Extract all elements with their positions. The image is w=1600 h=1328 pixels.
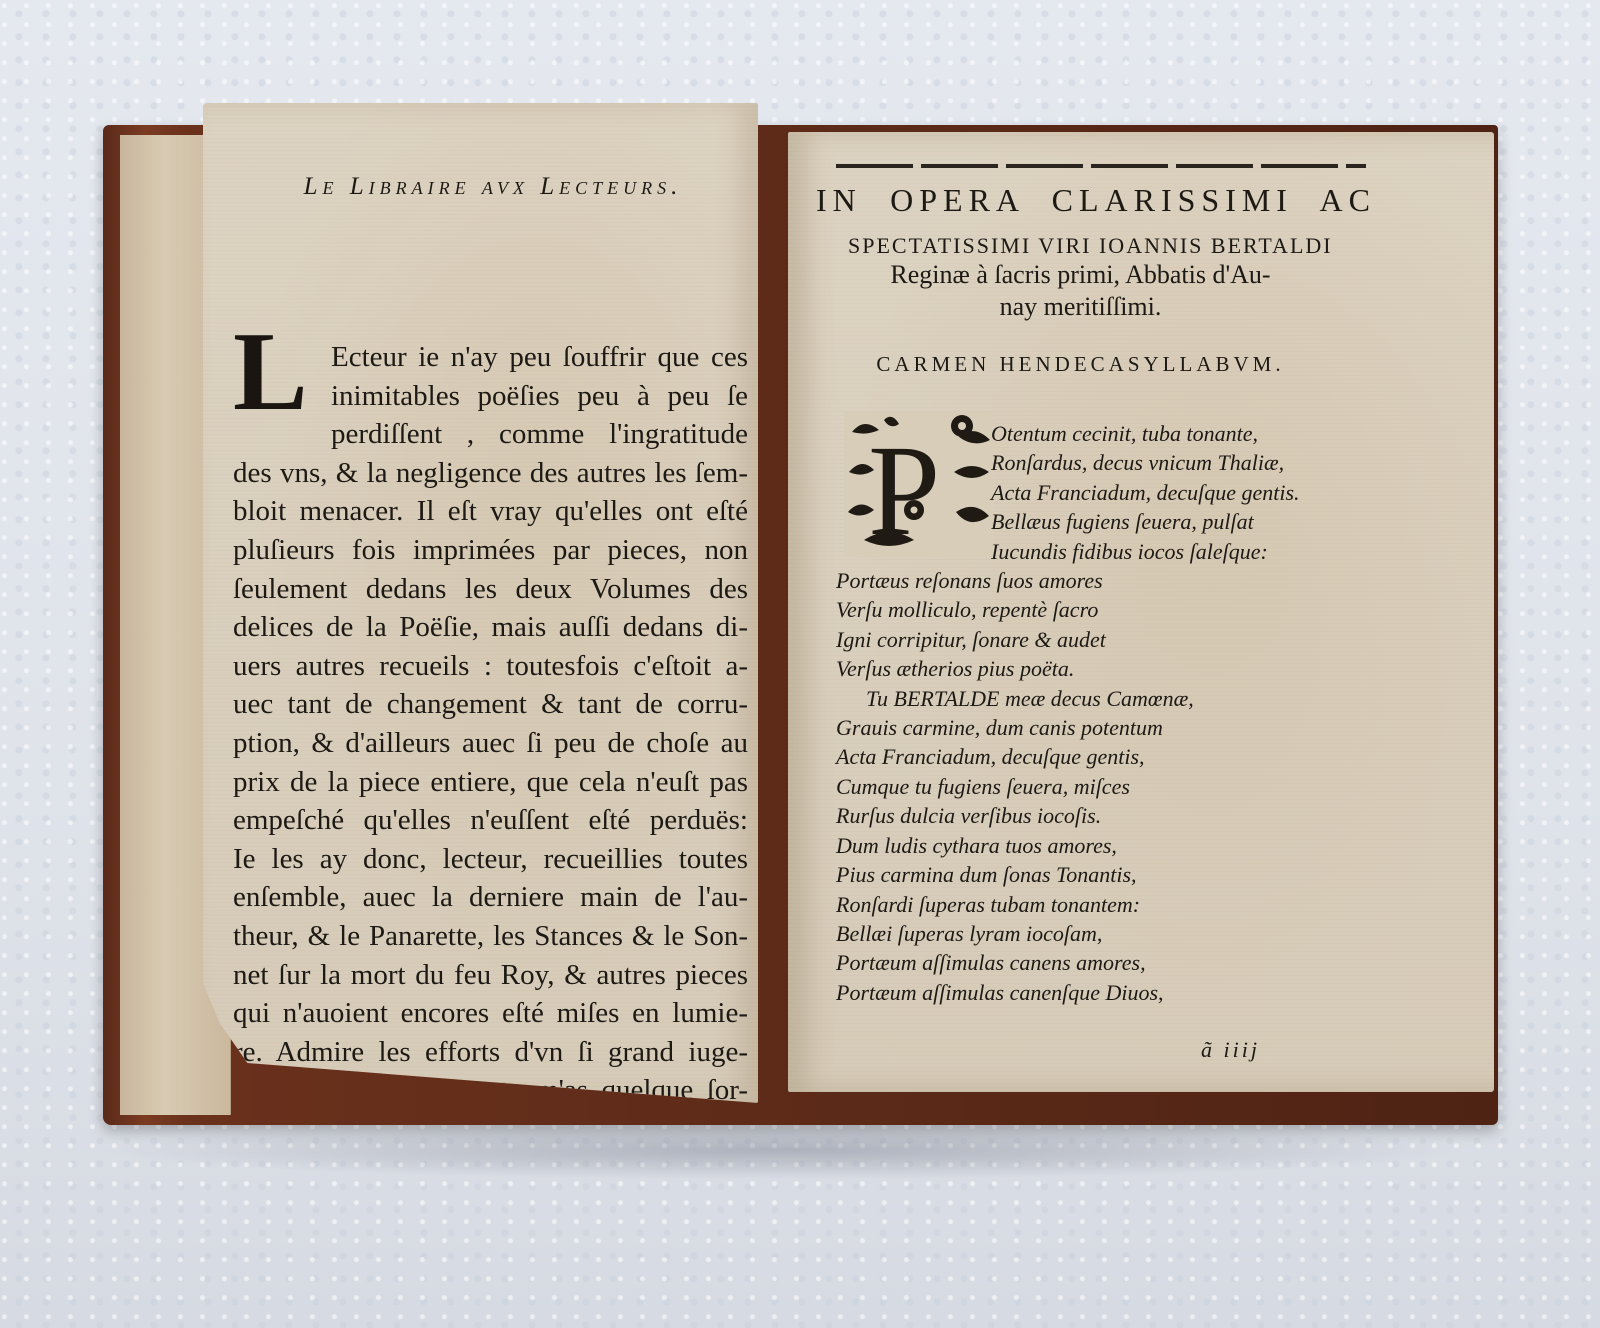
verse-line: Acta Franciadum, decuſque gentis, — [836, 742, 1356, 771]
verse-line: Cumque tu fugiens ſeuera, miſces — [836, 772, 1356, 801]
verse-line: Bellæi ſuperas lyram iocoſam, — [836, 919, 1356, 948]
verse-line: Otentum cecinit, tuba tonante, — [836, 419, 1356, 448]
verse-line: Ronſardi ſuperas tubam tonantem: — [836, 890, 1356, 919]
verse-line: Verſu molliculo, repentè ſacro — [836, 595, 1356, 624]
signature-mark: ã iiij — [1201, 1037, 1260, 1063]
prose-block: Ecteur ie n'ay peu ſouffrir que ces inim… — [233, 338, 748, 1148]
verse-line: Grauis carmine, dum canis potentum — [836, 713, 1356, 742]
text-line: ption, & d'ailleurs auec ſi peu de choſe… — [233, 724, 748, 763]
verse-line: Iucundis fidibus iocos ſaleſque: — [836, 537, 1356, 566]
text-line: bloit menacer. Il eſt vray qu'elles ont … — [233, 492, 748, 531]
text-line: qui n'auoient encores eſté miſes en lumi… — [233, 994, 748, 1033]
book-shadow — [90, 1120, 1470, 1180]
text-line: uers autres recueils : toutesfois c'eſto… — [233, 647, 748, 686]
text-line: ſeulement dedans les deux Volumes des — [233, 570, 748, 609]
text-line: uec tant de changement & tant de corru- — [233, 685, 748, 724]
verse-line: Igni corripitur, ſonare & audet — [836, 625, 1356, 654]
verse-line: Bellæus fugiens ſeuera, pulſat — [836, 507, 1356, 536]
verse-line: Tu BERTALDE meæ decus Camœnæ, — [836, 684, 1356, 713]
text-line: Ecteur ie n'ay peu ſouffrir que ces — [233, 338, 748, 377]
verse-line: Verſus ætherios pius poëta. — [836, 654, 1356, 683]
text-line: delices de la Poëſie, mais auſſi dedans … — [233, 608, 748, 647]
title-line-4: nay meritiſſimi. — [848, 292, 1313, 322]
text-line: empeſché qu'elles n'euſſent eſté perduës… — [233, 801, 748, 840]
verse-line: Portæum aſſimulas canenſque Diuos, — [836, 978, 1356, 1007]
text-line: inimitables poëſies peu à peu ſe — [233, 377, 748, 416]
text-line: re. Admire les efforts d'vn ſi grand iug… — [233, 1033, 748, 1072]
verse-line: Portæum aſſimulas canens amores, — [836, 948, 1356, 977]
title-line-2: SPECTATISSIMI VIRI IOANNIS BERTALDI — [848, 233, 1313, 259]
verse-line: Rurſus dulcia verſibus iocoſis. — [836, 801, 1356, 830]
text-line: prix de la piece entiere, que cela n'euſ… — [233, 763, 748, 802]
poem-verse: Otentum cecinit, tuba tonante, Ronſardus… — [836, 419, 1356, 1007]
text-line: pluſieurs fois imprimées par pieces, non — [233, 531, 748, 570]
header-rule — [836, 164, 1366, 168]
title-line-3: Reginæ à ſacris primi, Abbatis d'Au- — [848, 260, 1313, 290]
running-head: Le Libraire avx Lecteurs. — [233, 173, 753, 201]
poem-subtitle: CARMEN HENDECASYLLABVM. — [848, 352, 1313, 377]
verse-line: Ronſardus, decus vnicum Thaliæ, — [836, 448, 1356, 477]
text-line: Ie les ay donc, lecteur, recueillies tou… — [233, 840, 748, 879]
verse-line: Dum ludis cythara tuos amores, — [836, 831, 1356, 860]
left-page: Le Libraire avx Lecteurs. L Ecteur ie n'… — [203, 103, 758, 1103]
text-line: perdiſſent , comme l'ingratitude — [233, 415, 748, 454]
verse-line: Acta Franciadum, decuſque gentis. — [836, 478, 1356, 507]
right-page: IN OPERA CLARISSIMI AC SPECTATISSIMI VIR… — [788, 132, 1494, 1092]
text-line: net ſur la mort du feu Roy, & autres pie… — [233, 956, 748, 995]
verse-line: Pius carmina dum ſonas Tonantis, — [836, 860, 1356, 889]
title-line-1: IN OPERA CLARISSIMI AC — [816, 182, 1376, 219]
text-line: enſemble, auec la derniere main de l'au- — [233, 878, 748, 917]
text-line: theur, & le Panarette, les Stances & le … — [233, 917, 748, 956]
text-line: des vns, & la negligence des autres les … — [233, 454, 748, 493]
verse-line: Portæus reſonans ſuos amores — [836, 566, 1356, 595]
